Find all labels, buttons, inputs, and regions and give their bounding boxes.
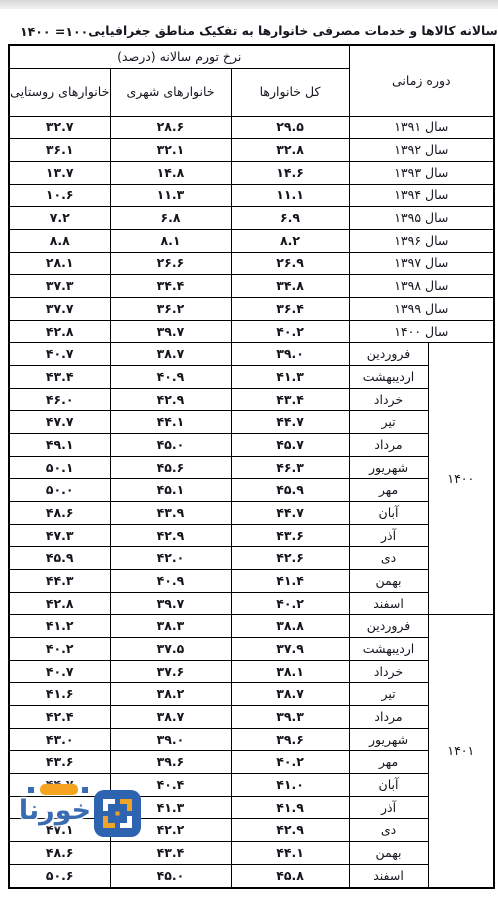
cell-urban: ۴۲.۹ bbox=[110, 388, 231, 411]
cell-rural: ۴۴.۷ bbox=[9, 773, 110, 796]
cell-period: سال ۱۳۹۵ bbox=[349, 207, 494, 230]
cell-month: تیر bbox=[349, 683, 428, 706]
cell-rural: ۵۰.۶ bbox=[9, 864, 110, 888]
page: { "page": { "title": "سری زمانی نرخ تورم… bbox=[0, 0, 498, 897]
cell-rural: ۴۷.۷ bbox=[9, 411, 110, 434]
cell-total: ۴۳.۶ bbox=[231, 524, 349, 547]
cell-urban: ۴۵.۱ bbox=[110, 479, 231, 502]
cell-rural: ۱۰.۶ bbox=[9, 184, 110, 207]
cell-rural: ۴۵.۹ bbox=[9, 547, 110, 570]
cell-total: ۴۴.۷ bbox=[231, 411, 349, 434]
cell-urban: ۳۲.۱ bbox=[110, 139, 231, 162]
cell-rural: ۲۸.۱ bbox=[9, 252, 110, 275]
cell-rural: ۳۷.۷ bbox=[9, 297, 110, 320]
cell-total: ۴۵.۸ bbox=[231, 864, 349, 888]
cell-urban: ۳۹.۷ bbox=[110, 320, 231, 343]
cell-urban: ۳۹.۷ bbox=[110, 592, 231, 615]
table-row: ۴۲.۸۳۹.۷۴۰.۲سال ۱۴۰۰ bbox=[9, 320, 494, 343]
cell-month: دی bbox=[349, 547, 428, 570]
cell-total: ۴۴.۱ bbox=[231, 842, 349, 865]
cell-total: ۳۲.۸ bbox=[231, 139, 349, 162]
table-body: ۳۲.۷۲۸.۶۲۹.۵سال ۱۳۹۱۳۶.۱۳۲.۱۳۲.۸سال ۱۳۹۲… bbox=[9, 116, 494, 888]
base-index-note: ۱۴۰۰ =۱۰۰ bbox=[10, 24, 88, 39]
cell-urban: ۶.۸ bbox=[110, 207, 231, 230]
cell-total: ۴۴.۷ bbox=[231, 501, 349, 524]
cell-total: ۴۲.۶ bbox=[231, 547, 349, 570]
table-row: ۴۲.۴۳۸.۷۳۹.۳مرداد bbox=[9, 705, 494, 728]
cell-urban: ۴۲.۰ bbox=[110, 547, 231, 570]
table-row: ۴۲.۸۳۹.۷۴۰.۲اسفند bbox=[9, 592, 494, 615]
cell-month: شهریور bbox=[349, 728, 428, 751]
cell-urban: ۴۱.۳ bbox=[110, 796, 231, 819]
cell-total: ۲۹.۵ bbox=[231, 116, 349, 139]
cell-period: سال ۱۳۹۳ bbox=[349, 161, 494, 184]
cell-total: ۳۹.۰ bbox=[231, 343, 349, 366]
cell-month: مهر bbox=[349, 751, 428, 774]
cell-rural: ۳۶.۱ bbox=[9, 139, 110, 162]
cell-urban: ۴۳.۹ bbox=[110, 501, 231, 524]
cell-urban: ۳۹.۰ bbox=[110, 728, 231, 751]
table-row: ۳۲.۷۲۸.۶۲۹.۵سال ۱۳۹۱ bbox=[9, 116, 494, 139]
cell-total: ۴۰.۲ bbox=[231, 320, 349, 343]
cell-rural: ۴۳.۴ bbox=[9, 365, 110, 388]
table-row: ۴۰.۷۳۷.۶۳۸.۱خرداد bbox=[9, 660, 494, 683]
cell-rural: ۳۷.۳ bbox=[9, 275, 110, 298]
table-row: ۴۶.۰۴۲.۹۴۳.۴خرداد bbox=[9, 388, 494, 411]
cell-urban: ۳۸.۷ bbox=[110, 343, 231, 366]
cell-period: سال ۱۳۹۷ bbox=[349, 252, 494, 275]
cell-urban: ۱۴.۸ bbox=[110, 161, 231, 184]
cell-month: آبان bbox=[349, 501, 428, 524]
cell-rural: ۸.۸ bbox=[9, 229, 110, 252]
cell-urban: ۴۵.۰ bbox=[110, 433, 231, 456]
cell-month: اردیبهشت bbox=[349, 365, 428, 388]
cell-period: سال ۱۳۹۲ bbox=[349, 139, 494, 162]
period-header-cell: دوره زمانی bbox=[349, 45, 494, 116]
cell-total: ۶.۹ bbox=[231, 207, 349, 230]
cell-rural bbox=[9, 796, 110, 819]
cell-total: ۳۹.۳ bbox=[231, 705, 349, 728]
cell-urban: ۳۹.۶ bbox=[110, 751, 231, 774]
cell-rural: ۴۱.۲ bbox=[9, 615, 110, 638]
total-header-cell: کل خانوارها bbox=[231, 68, 349, 116]
cell-rural: ۴۰.۲ bbox=[9, 637, 110, 660]
cell-month: بهمن bbox=[349, 842, 428, 865]
table-row: ۲۸.۱۲۶.۶۲۶.۹سال ۱۳۹۷ bbox=[9, 252, 494, 275]
table-row: ۴۷.۱۴۲.۲۴۲.۹دی bbox=[9, 819, 494, 842]
table-row: نرخ تورم سالانه (درصد) دوره زمانی bbox=[9, 45, 494, 68]
cell-month: شهریور bbox=[349, 456, 428, 479]
urban-header-cell: خانوارهای شهری bbox=[110, 68, 231, 116]
cell-month: خرداد bbox=[349, 388, 428, 411]
table-row: ۴۸.۶۴۳.۴۴۴.۱بهمن bbox=[9, 842, 494, 865]
cell-year: ۱۴۰۰ bbox=[428, 343, 494, 615]
cell-urban: ۳۴.۴ bbox=[110, 275, 231, 298]
cell-total: ۱۱.۱ bbox=[231, 184, 349, 207]
cell-rural: ۳۲.۷ bbox=[9, 116, 110, 139]
cell-total: ۸.۲ bbox=[231, 229, 349, 252]
cell-rural: ۴۷.۱ bbox=[9, 819, 110, 842]
cell-rural: ۴۸.۶ bbox=[9, 501, 110, 524]
table-row: ۴۳.۰۳۹.۰۳۹.۶شهریور bbox=[9, 728, 494, 751]
cell-month: مرداد bbox=[349, 433, 428, 456]
cell-total: ۱۴.۶ bbox=[231, 161, 349, 184]
cell-urban: ۳۷.۶ bbox=[110, 660, 231, 683]
table-row: ۴۳.۴۴۰.۹۴۱.۳اردیبهشت bbox=[9, 365, 494, 388]
cell-urban: ۲۸.۶ bbox=[110, 116, 231, 139]
cell-urban: ۴۲.۲ bbox=[110, 819, 231, 842]
cell-month: مهر bbox=[349, 479, 428, 502]
cell-month: فروردین bbox=[349, 615, 428, 638]
cell-month: آذر bbox=[349, 524, 428, 547]
cell-rural: ۴۶.۰ bbox=[9, 388, 110, 411]
cell-total: ۴۱.۴ bbox=[231, 569, 349, 592]
cell-total: ۴۲.۹ bbox=[231, 819, 349, 842]
cell-total: ۴۱.۹ bbox=[231, 796, 349, 819]
cell-total: ۳۸.۱ bbox=[231, 660, 349, 683]
cell-urban: ۳۷.۵ bbox=[110, 637, 231, 660]
cell-total: ۳۴.۸ bbox=[231, 275, 349, 298]
cell-rural: ۱۳.۷ bbox=[9, 161, 110, 184]
table-row: ۸.۸۸.۱۸.۲سال ۱۳۹۶ bbox=[9, 229, 494, 252]
table-row: ۵۰.۰۴۵.۱۴۵.۹مهر bbox=[9, 479, 494, 502]
cell-month: فروردین bbox=[349, 343, 428, 366]
cell-urban: ۴۰.۴ bbox=[110, 773, 231, 796]
cell-total: ۴۳.۴ bbox=[231, 388, 349, 411]
cell-period: سال ۱۳۹۸ bbox=[349, 275, 494, 298]
cell-rural: ۴۳.۰ bbox=[9, 728, 110, 751]
cell-urban: ۸.۱ bbox=[110, 229, 231, 252]
cell-rural: ۴۲.۸ bbox=[9, 592, 110, 615]
rural-header-cell: خانوارهای روستایی bbox=[9, 68, 110, 116]
cell-urban: ۳۸.۷ bbox=[110, 705, 231, 728]
table-header: نرخ تورم سالانه (درصد) دوره زمانی خانوار… bbox=[9, 45, 494, 116]
cell-urban: ۴۵.۰ bbox=[110, 864, 231, 888]
cell-period: سال ۱۳۹۴ bbox=[349, 184, 494, 207]
cell-month: اسفند bbox=[349, 864, 428, 888]
cell-rural: ۷.۲ bbox=[9, 207, 110, 230]
cell-rural: ۴۴.۳ bbox=[9, 569, 110, 592]
table-row: ۴۷.۷۴۴.۱۴۴.۷تیر bbox=[9, 411, 494, 434]
cell-total: ۴۵.۹ bbox=[231, 479, 349, 502]
cell-rural: ۴۲.۴ bbox=[9, 705, 110, 728]
cell-month: تیر bbox=[349, 411, 428, 434]
table-row: ۴۵.۹۴۲.۰۴۲.۶دی bbox=[9, 547, 494, 570]
cell-rural: ۴۱.۶ bbox=[9, 683, 110, 706]
cell-month: بهمن bbox=[349, 569, 428, 592]
table-row: ۳۶.۱۳۲.۱۳۲.۸سال ۱۳۹۲ bbox=[9, 139, 494, 162]
table-row: ۴۰.۲۳۷.۵۳۷.۹اردیبهشت bbox=[9, 637, 494, 660]
page-title: سری زمانی نرخ تورم سالانه کالاها و خدمات… bbox=[88, 24, 498, 38]
table-row: ۱۰.۶۱۱.۳۱۱.۱سال ۱۳۹۴ bbox=[9, 184, 494, 207]
cell-total: ۴۶.۳ bbox=[231, 456, 349, 479]
table-row: ۴۸.۶۴۳.۹۴۴.۷آبان bbox=[9, 501, 494, 524]
page-top-band bbox=[0, 0, 498, 9]
table-row: ۴۳.۶۳۹.۶۴۰.۲مهر bbox=[9, 751, 494, 774]
cell-rural: ۴۸.۶ bbox=[9, 842, 110, 865]
table-row: ۴۱.۳۴۱.۹آذر bbox=[9, 796, 494, 819]
cell-month: آذر bbox=[349, 796, 428, 819]
cell-total: ۴۰.۲ bbox=[231, 751, 349, 774]
table-row: ۴۴.۳۴۰.۹۴۱.۴بهمن bbox=[9, 569, 494, 592]
cell-rural: ۴۲.۸ bbox=[9, 320, 110, 343]
cell-total: ۳۹.۶ bbox=[231, 728, 349, 751]
table-row: ۱۳.۷۱۴.۸۱۴.۶سال ۱۳۹۳ bbox=[9, 161, 494, 184]
cell-urban: ۳۶.۲ bbox=[110, 297, 231, 320]
cell-month: دی bbox=[349, 819, 428, 842]
cell-month: خرداد bbox=[349, 660, 428, 683]
cell-rural: ۵۰.۱ bbox=[9, 456, 110, 479]
cell-urban: ۴۰.۹ bbox=[110, 569, 231, 592]
cell-rural: ۴۳.۶ bbox=[9, 751, 110, 774]
cell-urban: ۴۴.۱ bbox=[110, 411, 231, 434]
cell-total: ۳۸.۷ bbox=[231, 683, 349, 706]
cell-month: مرداد bbox=[349, 705, 428, 728]
cell-urban: ۱۱.۳ bbox=[110, 184, 231, 207]
group-header-cell: نرخ تورم سالانه (درصد) bbox=[9, 45, 349, 68]
cell-rural: ۴۰.۷ bbox=[9, 660, 110, 683]
table-row: ۴۷.۳۴۲.۹۴۳.۶آذر bbox=[9, 524, 494, 547]
cell-total: ۴۰.۲ bbox=[231, 592, 349, 615]
table-row: ۴۰.۷۳۸.۷۳۹.۰فروردین۱۴۰۰ bbox=[9, 343, 494, 366]
cell-urban: ۴۵.۶ bbox=[110, 456, 231, 479]
table-row: ۳۷.۳۳۴.۴۳۴.۸سال ۱۳۹۸ bbox=[9, 275, 494, 298]
table-row: ۴۱.۲۳۸.۳۳۸.۸فروردین۱۴۰۱ bbox=[9, 615, 494, 638]
cell-period: سال ۱۳۹۹ bbox=[349, 297, 494, 320]
cell-year: ۱۴۰۱ bbox=[428, 615, 494, 888]
cell-urban: ۲۶.۶ bbox=[110, 252, 231, 275]
table-row: ۵۰.۱۴۵.۶۴۶.۳شهریور bbox=[9, 456, 494, 479]
cell-month: اردیبهشت bbox=[349, 637, 428, 660]
cell-urban: ۴۲.۹ bbox=[110, 524, 231, 547]
cell-total: ۴۱.۳ bbox=[231, 365, 349, 388]
cell-urban: ۴۳.۴ bbox=[110, 842, 231, 865]
cell-total: ۴۱.۰ bbox=[231, 773, 349, 796]
cell-urban: ۳۸.۳ bbox=[110, 615, 231, 638]
cell-total: ۳۸.۸ bbox=[231, 615, 349, 638]
table-row: ۳۷.۷۳۶.۲۳۶.۴سال ۱۳۹۹ bbox=[9, 297, 494, 320]
cell-total: ۲۶.۹ bbox=[231, 252, 349, 275]
table-row: ۴۱.۶۳۸.۲۳۸.۷تیر bbox=[9, 683, 494, 706]
table-row: ۴۹.۱۴۵.۰۴۵.۷مرداد bbox=[9, 433, 494, 456]
cell-rural: ۴۷.۳ bbox=[9, 524, 110, 547]
cell-rural: ۵۰.۰ bbox=[9, 479, 110, 502]
table-row: ۴۴.۷۴۰.۴۴۱.۰آبان bbox=[9, 773, 494, 796]
cell-month: آبان bbox=[349, 773, 428, 796]
cell-urban: ۳۸.۲ bbox=[110, 683, 231, 706]
cell-period: سال ۱۳۹۱ bbox=[349, 116, 494, 139]
cell-total: ۳۷.۹ bbox=[231, 637, 349, 660]
cell-period: سال ۱۳۹۶ bbox=[349, 229, 494, 252]
cell-urban: ۴۰.۹ bbox=[110, 365, 231, 388]
table-row: ۷.۲۶.۸۶.۹سال ۱۳۹۵ bbox=[9, 207, 494, 230]
cell-total: ۴۵.۷ bbox=[231, 433, 349, 456]
cell-rural: ۴۰.۷ bbox=[9, 343, 110, 366]
cell-month: اسفند bbox=[349, 592, 428, 615]
inflation-table: نرخ تورم سالانه (درصد) دوره زمانی خانوار… bbox=[8, 44, 495, 889]
cell-total: ۳۶.۴ bbox=[231, 297, 349, 320]
cell-rural: ۴۹.۱ bbox=[9, 433, 110, 456]
cell-period: سال ۱۴۰۰ bbox=[349, 320, 494, 343]
table-row: ۵۰.۶۴۵.۰۴۵.۸اسفند bbox=[9, 864, 494, 888]
document-header: ۱۴۰۰ =۱۰۰ سری زمانی نرخ تورم سالانه کالا… bbox=[10, 20, 492, 42]
